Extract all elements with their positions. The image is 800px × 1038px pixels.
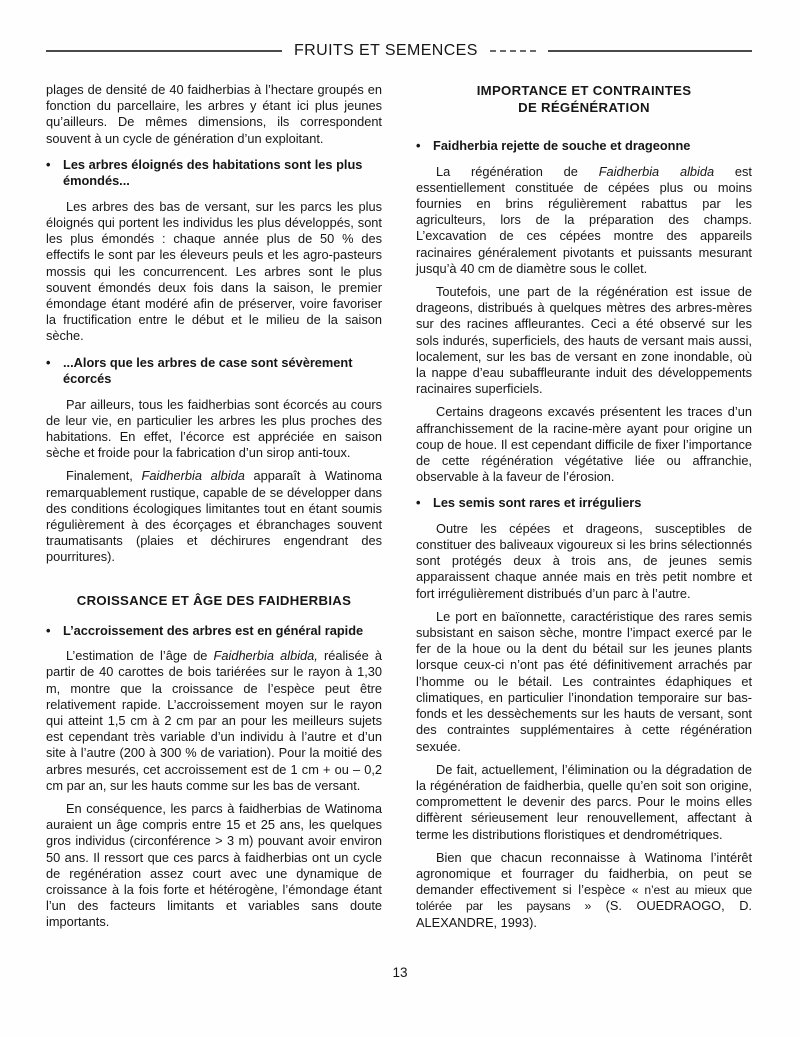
- two-column-body: plages de densité de 40 faidherbias à l’…: [0, 60, 800, 938]
- header-rule-left: [46, 50, 282, 52]
- bullet-heading-text: Faidherbia rejette de souche et drageonn…: [433, 138, 690, 155]
- section-heading: CROISSANCE ET ÂGE DES FAIDHERBIAS: [46, 592, 382, 609]
- left-column: plages de densité de 40 faidherbias à l’…: [46, 82, 382, 938]
- header-rule-right: [548, 50, 752, 52]
- bullet-marker: •: [46, 157, 63, 190]
- species-name: Faidherbia albida: [599, 164, 714, 179]
- section-heading: IMPORTANCE ET CONTRAINTES DE RÉGÉNÉRATIO…: [416, 82, 752, 116]
- paragraph: Par ailleurs, tous les faidherbias sont …: [46, 397, 382, 462]
- paragraph-text: est essentiellement constituée de cépées…: [416, 164, 752, 276]
- paragraph: Bien que chacun reconnaisse à Watinoma l…: [416, 850, 752, 931]
- bullet-heading-text: L’accroissement des arbres est en généra…: [63, 623, 363, 640]
- bullet-marker: •: [416, 495, 433, 512]
- paragraph: Outre les cépées et drageons, susceptibl…: [416, 521, 752, 602]
- species-name: Faidherbia albida,: [214, 648, 318, 663]
- paragraph: Finalement, Faidherbia albida apparaît à…: [46, 468, 382, 565]
- document-page: FRUITS ET SEMENCES plages de densité de …: [0, 0, 800, 1038]
- right-column: IMPORTANCE ET CONTRAINTES DE RÉGÉNÉRATIO…: [416, 82, 752, 938]
- page-number: 13: [0, 965, 800, 980]
- paragraph-text: réalisée à partir de 40 carottes de bois…: [46, 648, 382, 793]
- bullet-heading: • L’accroissement des arbres est en géné…: [46, 623, 382, 640]
- section-heading-line2: DE RÉGÉNÉRATION: [416, 99, 752, 116]
- paragraph: En conséquence, les parcs à faidherbias …: [46, 801, 382, 931]
- bullet-heading: • Les arbres éloignés des habitations so…: [46, 157, 382, 190]
- species-name: Faidherbia albida: [142, 468, 245, 483]
- paragraph-text: Finalement,: [66, 468, 142, 483]
- paragraph: Toutefois, une part de la régénération e…: [416, 284, 752, 397]
- paragraph: De fait, actuellement, l’élimination ou …: [416, 762, 752, 843]
- bullet-heading-text: Les arbres éloignés des habitations sont…: [63, 157, 382, 190]
- paragraph: Certains drageons excavés présentent les…: [416, 404, 752, 485]
- bullet-heading-text: ...Alors que les arbres de case sont sév…: [63, 355, 382, 388]
- paragraph: Les arbres des bas de versant, sur les p…: [46, 199, 382, 345]
- bullet-marker: •: [46, 623, 63, 640]
- section-heading-line1: IMPORTANCE ET CONTRAINTES: [416, 82, 752, 99]
- bullet-marker: •: [46, 355, 63, 388]
- paragraph: L’estimation de l’âge de Faidherbia albi…: [46, 648, 382, 794]
- paragraph: La régénération de Faidherbia albida est…: [416, 164, 752, 277]
- header-rule-dashes: [490, 50, 536, 52]
- paragraph: plages de densité de 40 faidherbias à l’…: [46, 82, 382, 147]
- running-head-title: FRUITS ET SEMENCES: [294, 42, 478, 60]
- bullet-heading: • Faidherbia rejette de souche et drageo…: [416, 138, 752, 155]
- bullet-heading: • ...Alors que les arbres de case sont s…: [46, 355, 382, 388]
- running-head: FRUITS ET SEMENCES: [0, 0, 800, 60]
- bullet-heading: • Les semis sont rares et irréguliers: [416, 495, 752, 512]
- paragraph-text: L’estimation de l’âge de: [66, 648, 214, 663]
- paragraph: Le port en baïonnette, caractéristique d…: [416, 609, 752, 755]
- paragraph-text: La régénération de: [436, 164, 599, 179]
- bullet-heading-text: Les semis sont rares et irréguliers: [433, 495, 641, 512]
- bullet-marker: •: [416, 138, 433, 155]
